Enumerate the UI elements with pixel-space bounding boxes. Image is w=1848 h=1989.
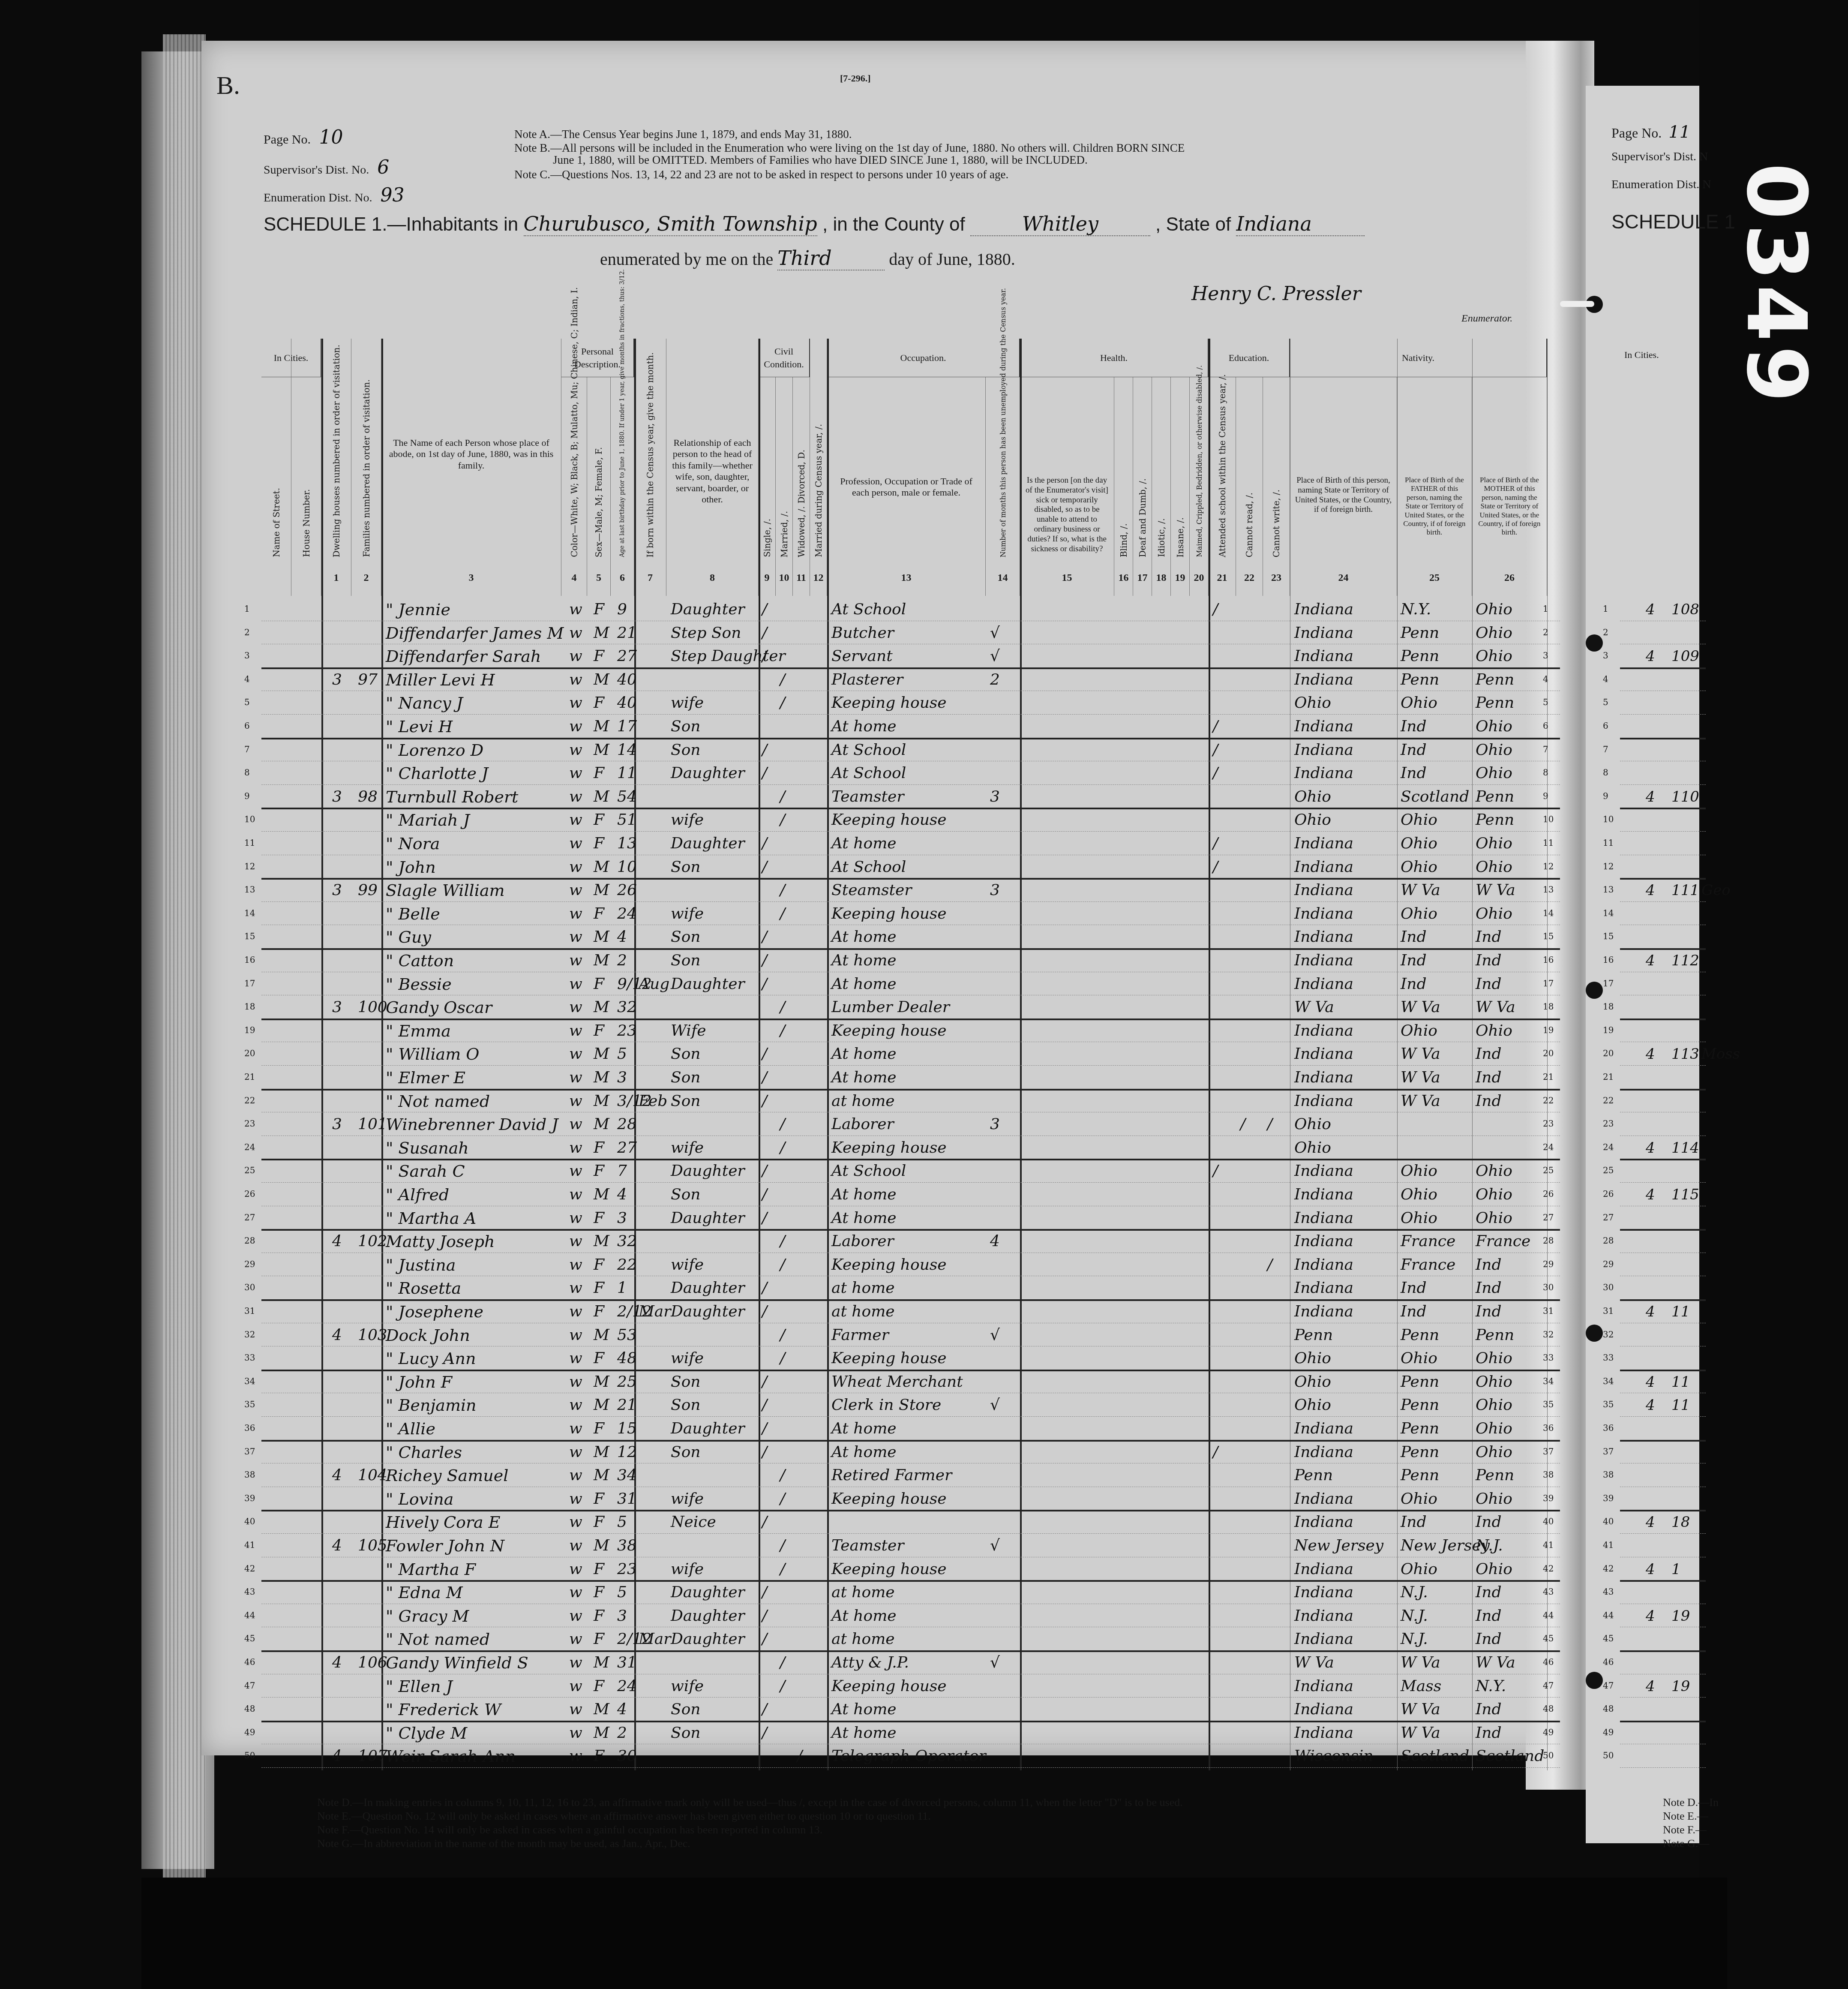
binding-hole — [1586, 1325, 1603, 1342]
age: 5 — [617, 1508, 627, 1533]
line-number: 35 — [1543, 1399, 1554, 1409]
col-header-birthplace: Place of Birth of this person, naming St… — [1290, 377, 1397, 596]
color: w — [569, 1719, 582, 1744]
table-row: 99398Turnbull RobertwM54/Teamster3OhioSc… — [261, 783, 1560, 810]
occupation: at home — [831, 1088, 895, 1112]
sex: F — [594, 1673, 604, 1698]
right-table-row: 44419 — [1620, 1602, 1706, 1628]
relationship: Son — [671, 1368, 701, 1393]
age: 32 — [617, 994, 637, 1019]
mother-birthplace: Penn — [1476, 1322, 1514, 1346]
line-number: 32 — [244, 1329, 255, 1340]
right-line-number: 36 — [1603, 1423, 1614, 1433]
birthplace: Ohio — [1294, 1134, 1331, 1159]
line-number: 6 — [244, 721, 250, 731]
occupation: at home — [831, 1298, 895, 1323]
occupation: At School — [831, 760, 906, 784]
binding-hole — [1586, 982, 1603, 999]
birthplace: Indiana — [1294, 1719, 1353, 1744]
birthplace: Indiana — [1294, 1485, 1353, 1510]
father-birthplace: W Va — [1401, 1696, 1440, 1721]
occupation: At home — [831, 970, 897, 995]
line-number: 7 — [244, 744, 250, 754]
occupation: At home — [831, 1415, 897, 1440]
line-number: 37 — [244, 1446, 255, 1457]
father-birthplace: Penn — [1401, 1368, 1439, 1393]
right-table-row: 5 — [1620, 689, 1706, 715]
occupation: at home — [831, 1274, 895, 1299]
color: w — [569, 1205, 582, 1229]
married-mark: / — [780, 877, 785, 901]
age: 30 — [617, 1743, 637, 1767]
color: w — [569, 1743, 582, 1767]
right-table-row: 164112 — [1620, 947, 1706, 972]
mother-birthplace: Ind — [1476, 1274, 1501, 1299]
color: w — [569, 596, 582, 621]
family-number: 101 — [358, 1111, 387, 1136]
person-name: " Frederick W — [386, 1696, 501, 1721]
right-line-number: 22 — [1603, 1095, 1614, 1106]
age: 23 — [617, 1017, 637, 1042]
color: w — [569, 1439, 582, 1463]
person-name: " Charles — [386, 1439, 462, 1463]
age: 12 — [617, 1439, 637, 1463]
father-birthplace: Penn — [1401, 643, 1439, 667]
line-number: 23 — [244, 1118, 255, 1129]
mother-birthplace: Penn — [1476, 666, 1514, 691]
relationship: wife — [671, 900, 704, 925]
right-table-row: 30 — [1620, 1274, 1706, 1301]
table-row: 1111" NorawF13Daughter/At home/IndianaOh… — [261, 830, 1560, 855]
table-row: 3535" BenjaminwM21Son/Clerk in Store√Ohi… — [261, 1391, 1560, 1417]
right-table-row: 11 — [1620, 830, 1706, 855]
married-mark: / — [780, 806, 785, 831]
father-birthplace: Penn — [1401, 666, 1439, 691]
relationship: Son — [671, 1064, 701, 1089]
sex: F — [594, 1298, 604, 1323]
table-row: 41414105Fowler John NwM38/Teamster√New J… — [261, 1532, 1560, 1557]
col-header-cannot-write: Cannot write, /.23 — [1263, 377, 1290, 596]
sex: F — [594, 900, 604, 925]
father-birthplace: Ind — [1401, 923, 1426, 948]
right-table-row: 50 — [1620, 1743, 1706, 1768]
attended-school-mark: / — [1213, 853, 1218, 878]
age: 38 — [617, 1532, 637, 1557]
birthplace: Indiana — [1294, 666, 1353, 691]
occupation: At home — [831, 1064, 897, 1089]
age: 31 — [617, 1649, 637, 1674]
attended-school-mark: / — [1213, 1439, 1218, 1463]
right-table-row: 40418 — [1620, 1508, 1706, 1534]
note-e: Note E.—Question No. 12 will only be ask… — [317, 1810, 931, 1823]
mother-birthplace: W Va — [1476, 1649, 1515, 1674]
married-mark: / — [780, 1134, 785, 1159]
table-row: 3333" Lucy AnnwF48wife/Keeping houseOhio… — [261, 1345, 1560, 1371]
father-birthplace: Ohio — [1401, 830, 1437, 855]
months-unemployed: 3 — [990, 1111, 1000, 1136]
right-table-row: 32 — [1620, 1322, 1706, 1347]
right-line-number: 14 — [1603, 908, 1614, 918]
right-note-d: Note D.—In — [1663, 1796, 1719, 1809]
table-row: 23233101Winebrenner David JwM28/Laborer3… — [261, 1111, 1560, 1136]
birthplace: Indiana — [1294, 830, 1353, 855]
months-unemployed: 3 — [990, 877, 1000, 901]
col-header-father-birthplace: Place of Birth of the FATHER of this per… — [1397, 377, 1472, 596]
relationship: wife — [671, 1251, 704, 1276]
occupation: Keeping house — [831, 1134, 947, 1159]
line-number: 19 — [1543, 1025, 1554, 1035]
birthplace: Indiana — [1294, 643, 1353, 667]
sex: M — [594, 783, 609, 808]
sex: M — [594, 1462, 609, 1487]
line-number: 20 — [1543, 1048, 1554, 1058]
color: w — [569, 1322, 582, 1346]
sex: F — [594, 760, 604, 784]
father-birthplace: Penn — [1401, 1462, 1439, 1487]
right-line-number: 20 — [1603, 1048, 1614, 1058]
father-birthplace: Ind — [1401, 736, 1426, 761]
occupation: At home — [831, 1696, 897, 1721]
page-no-value: 10 — [319, 126, 343, 148]
right-table-row: 25 — [1620, 1157, 1706, 1183]
birthplace: Indiana — [1294, 900, 1353, 925]
line-number: 16 — [1543, 955, 1554, 965]
sex: M — [594, 1064, 609, 1089]
right-line-number: 25 — [1603, 1165, 1614, 1175]
occupation: At home — [831, 923, 897, 948]
age: 22 — [617, 1251, 637, 1276]
age: 17 — [617, 713, 637, 738]
birthplace: Indiana — [1294, 619, 1353, 644]
line-number: 9 — [1543, 791, 1548, 801]
person-name: Miller Levi H — [386, 666, 495, 691]
occupation: Keeping house — [831, 1345, 947, 1370]
line-number: 44 — [244, 1610, 255, 1620]
color: w — [569, 1556, 582, 1580]
color: w — [569, 1602, 582, 1627]
single-mark: / — [762, 1368, 767, 1393]
single-mark: / — [762, 1040, 767, 1065]
age: 21 — [617, 619, 637, 644]
relationship: Son — [671, 713, 701, 738]
col-header-widowed: Widowed, /. Divorced, D.11 — [793, 377, 810, 596]
line-number: 30 — [1543, 1282, 1554, 1292]
col-header-single: Single, /.9 — [759, 377, 776, 596]
single-mark: / — [762, 596, 767, 621]
line-number: 23 — [1543, 1118, 1554, 1129]
single-mark: / — [762, 970, 767, 995]
dwelling-number: 3 — [332, 994, 342, 1019]
right-line-number: 30 — [1603, 1282, 1614, 1292]
table-row: 44397Miller Levi HwM40/Plasterer2Indiana… — [261, 666, 1560, 691]
mother-birthplace: Ohio — [1476, 643, 1512, 667]
father-birthplace: Ohio — [1401, 853, 1437, 878]
note-b-cont: June 1, 1880, will be OMITTED. Members o… — [553, 153, 1088, 167]
person-name: Weir Sarah Ann — [386, 1743, 516, 1767]
age: 2 — [617, 1719, 627, 1744]
birthplace: Indiana — [1294, 596, 1353, 621]
relationship: Daughter — [671, 1274, 745, 1299]
father-birthplace: Ind — [1401, 713, 1426, 738]
line-number: 34 — [244, 1376, 255, 1386]
right-line-number: 37 — [1603, 1446, 1614, 1457]
mother-birthplace: Ohio — [1476, 1439, 1512, 1463]
relationship: Step Daughter — [671, 643, 786, 667]
age: 25 — [617, 1368, 637, 1393]
line-number: 40 — [1543, 1516, 1554, 1526]
right-table-row: 244114 — [1620, 1134, 1706, 1161]
right-line-number: 16 — [1603, 955, 1614, 965]
line-number: 21 — [1543, 1072, 1554, 1082]
line-number: 33 — [1543, 1352, 1554, 1363]
right-line-number: 9 — [1603, 791, 1608, 801]
binding-hole — [1586, 1672, 1603, 1689]
color: w — [569, 1111, 582, 1136]
age: 40 — [617, 689, 637, 714]
single-mark: / — [762, 1205, 767, 1229]
right-table-row: 31411 — [1620, 1298, 1706, 1323]
right-table-row: 29 — [1620, 1251, 1706, 1277]
color: w — [569, 1157, 582, 1182]
birthplace: Indiana — [1294, 713, 1353, 738]
table-row: 11" JenniewF9Daughter/At School/IndianaN… — [261, 596, 1560, 621]
col-header-cannot-read: Cannot read, /.22 — [1236, 377, 1263, 596]
single-mark: / — [762, 1719, 767, 1744]
person-name: " Belle — [386, 900, 440, 925]
right-table-row: 27 — [1620, 1205, 1706, 1231]
color: w — [569, 736, 582, 761]
father-birthplace: N.J. — [1401, 1602, 1428, 1627]
mother-birthplace: Ind — [1476, 923, 1501, 948]
line-number: 49 — [1543, 1727, 1554, 1737]
line-number: 48 — [1543, 1704, 1554, 1714]
age: 40 — [617, 666, 637, 691]
attended-school-mark: / — [1213, 736, 1218, 761]
color: w — [569, 1228, 582, 1253]
line-number: 14 — [1543, 908, 1554, 918]
right-line-number: 19 — [1603, 1025, 1614, 1035]
right-table-row: 47419 — [1620, 1673, 1706, 1698]
line-number: 39 — [244, 1493, 255, 1503]
table-row: 4040Hively Cora EwF5Neice/IndianaIndInd — [261, 1508, 1560, 1534]
mother-birthplace: Ohio — [1476, 1017, 1512, 1042]
line-number: 11 — [1543, 838, 1554, 848]
right-person-name: Geo — [1701, 877, 1731, 904]
right-note-g: Note G.— — [1663, 1837, 1709, 1850]
relationship: Daughter — [671, 1298, 745, 1323]
table-row: 4242" Martha FwF23wife/Keeping houseIndi… — [261, 1556, 1560, 1582]
relationship: Daughter — [671, 1625, 745, 1650]
single-mark: / — [762, 1602, 767, 1627]
right-line-number: 2 — [1603, 627, 1608, 637]
birth-month: Feb — [639, 1088, 667, 1112]
col-header-sickness: Is the person [on the day of the Enumera… — [1020, 377, 1114, 596]
right-page-no-label: Page No. — [1611, 125, 1662, 141]
age: 11 — [617, 760, 637, 784]
sex: M — [594, 853, 609, 878]
sex: F — [594, 1508, 604, 1533]
right-enumeration-label: Enumeration Dist. N — [1611, 178, 1711, 192]
person-name: " Nancy J — [386, 689, 463, 714]
mother-birthplace: Ohio — [1476, 596, 1512, 621]
line-number: 22 — [244, 1095, 255, 1106]
right-line-number: 44 — [1603, 1610, 1614, 1620]
birthplace: Indiana — [1294, 1439, 1353, 1463]
sex: F — [594, 1251, 604, 1276]
line-number: 4 — [1543, 674, 1548, 684]
right-line-number: 23 — [1603, 1118, 1614, 1129]
col-header-dwelling: Dwelling houses numbered in order of vis… — [321, 339, 351, 596]
occupation: At School — [831, 736, 906, 761]
age: 3 — [617, 1064, 627, 1089]
right-line-number: 42 — [1603, 1563, 1614, 1574]
single-mark: / — [762, 1298, 767, 1323]
relationship: Son — [671, 1719, 701, 1744]
sex: M — [594, 1111, 609, 1136]
right-line-number: 1 — [1603, 604, 1608, 614]
sex: F — [594, 1602, 604, 1627]
table-row: 3434" John FwM25Son/Wheat MerchantOhioPe… — [261, 1368, 1560, 1394]
line-number: 17 — [1543, 978, 1554, 988]
line-number: 45 — [244, 1633, 255, 1643]
married-mark: / — [780, 1649, 785, 1674]
line-number: 1 — [244, 604, 250, 614]
sex: F — [594, 970, 604, 995]
right-table-row: 36 — [1620, 1415, 1706, 1442]
age: 28 — [617, 1111, 637, 1136]
mother-birthplace: Ohio — [1476, 853, 1512, 878]
state-label: , State of — [1155, 214, 1231, 235]
right-table-row: 35411 — [1620, 1391, 1706, 1417]
person-name: Gandy Oscar — [386, 994, 492, 1019]
birthplace: Indiana — [1294, 760, 1353, 784]
state-value: Indiana — [1236, 212, 1365, 236]
col-header-relationship: Relationship of each person to the head … — [666, 339, 759, 596]
family-number: 102 — [358, 1228, 387, 1253]
mother-birthplace: Ohio — [1476, 619, 1512, 644]
single-mark: / — [762, 830, 767, 855]
color: w — [569, 877, 582, 901]
father-birthplace: Ohio — [1401, 1485, 1437, 1510]
father-birthplace: Penn — [1401, 1439, 1439, 1463]
sex: F — [594, 596, 604, 621]
color: w — [569, 900, 582, 925]
binding-hole — [1586, 634, 1603, 652]
relationship: wife — [671, 1134, 704, 1159]
right-table-row: 43 — [1620, 1579, 1706, 1604]
right-page-no: Page No. 11 — [1611, 122, 1690, 142]
father-birthplace: W Va — [1401, 994, 1440, 1019]
sex: F — [594, 1625, 604, 1650]
line-number: 14 — [244, 908, 255, 918]
mother-birthplace: Ind — [1476, 1719, 1501, 1744]
right-line-number: 28 — [1603, 1235, 1614, 1246]
age: 13 — [617, 830, 637, 855]
person-name: " John — [386, 853, 436, 878]
color: w — [569, 689, 582, 714]
months-unemployed: √ — [990, 1649, 1000, 1674]
occupation: Teamster — [831, 783, 904, 808]
father-birthplace: Ohio — [1401, 806, 1437, 831]
birthplace: Indiana — [1294, 1181, 1353, 1206]
mother-birthplace: Ohio — [1476, 1157, 1512, 1182]
family-number: 107 — [358, 1743, 387, 1767]
line-number: 43 — [244, 1586, 255, 1597]
sex: F — [594, 1157, 604, 1182]
months-unemployed: 4 — [990, 1228, 1000, 1253]
occupation: Atty & J.P. — [831, 1649, 909, 1674]
table-row: 2727" Martha AwF3Daughter/At homeIndiana… — [261, 1205, 1560, 1231]
right-line-number: 46 — [1603, 1657, 1614, 1667]
occupation: Keeping house — [831, 806, 947, 831]
age: 24 — [617, 900, 637, 925]
mother-birthplace: Ind — [1476, 1579, 1501, 1604]
right-line-number: 29 — [1603, 1259, 1614, 1269]
relationship: Daughter — [671, 1415, 745, 1440]
relationship: Son — [671, 1439, 701, 1463]
line-number: 27 — [1543, 1212, 1554, 1223]
sex: F — [594, 1205, 604, 1229]
father-birthplace: Ind — [1401, 970, 1426, 995]
father-birthplace: Penn — [1401, 1391, 1439, 1416]
line-number: 5 — [244, 697, 250, 707]
col-header-married: Married, /.10 — [776, 377, 793, 596]
right-line-number: 50 — [1603, 1750, 1614, 1761]
right-line-number: 26 — [1603, 1189, 1614, 1199]
age: 4 — [617, 923, 627, 948]
sex: F — [594, 1134, 604, 1159]
father-birthplace: Ohio — [1401, 1345, 1437, 1370]
sex: M — [594, 736, 609, 761]
birthplace: Indiana — [1294, 947, 1353, 972]
mother-birthplace: Penn — [1476, 1462, 1514, 1487]
line-number: 50 — [244, 1750, 255, 1761]
father-birthplace: W Va — [1401, 1719, 1440, 1744]
sex: M — [594, 1696, 609, 1721]
mother-birthplace: Ohio — [1476, 1415, 1512, 1440]
age: 7 — [617, 1157, 627, 1182]
line-number: 5 — [1543, 697, 1548, 707]
sex: F — [594, 689, 604, 714]
line-number: 13 — [1543, 884, 1554, 895]
father-birthplace: N.Y. — [1401, 596, 1431, 621]
right-note-e: Note E.— — [1663, 1810, 1708, 1823]
table-row: 1919" EmmawF23Wife/Keeping houseIndianaO… — [261, 1017, 1560, 1043]
line-number: 9 — [244, 791, 250, 801]
mother-birthplace: France — [1476, 1228, 1530, 1253]
person-name: " Martha A — [386, 1205, 476, 1229]
age: 23 — [617, 1556, 637, 1580]
right-line-number: 6 — [1603, 721, 1608, 731]
line-number: 8 — [1543, 767, 1548, 778]
birthplace: Ohio — [1294, 806, 1331, 831]
color: w — [569, 643, 582, 667]
birthplace: Indiana — [1294, 1298, 1353, 1323]
person-name: " Lucy Ann — [386, 1345, 476, 1370]
person-name: " Jennie — [386, 596, 450, 621]
table-row: 18183100Gandy OscarwM32/Lumber DealerW V… — [261, 994, 1560, 1020]
occupation: Clerk in Store — [831, 1391, 941, 1416]
table-row: 28284102Matty JosephwM32/Laborer4Indiana… — [261, 1228, 1560, 1253]
table-row: 1616" CattonwM2Son/At homeIndianaIndInd — [261, 947, 1560, 972]
color: w — [569, 853, 582, 878]
note-f: Note F.—Question No. 14 will only be ask… — [317, 1824, 822, 1836]
frame-number-stamp: 0349 — [1704, 163, 1824, 407]
mother-birthplace: Ind — [1476, 1088, 1501, 1112]
right-line-number: 27 — [1603, 1212, 1614, 1223]
family-number: 98 — [358, 783, 378, 808]
right-table-row: 15 — [1620, 923, 1706, 950]
